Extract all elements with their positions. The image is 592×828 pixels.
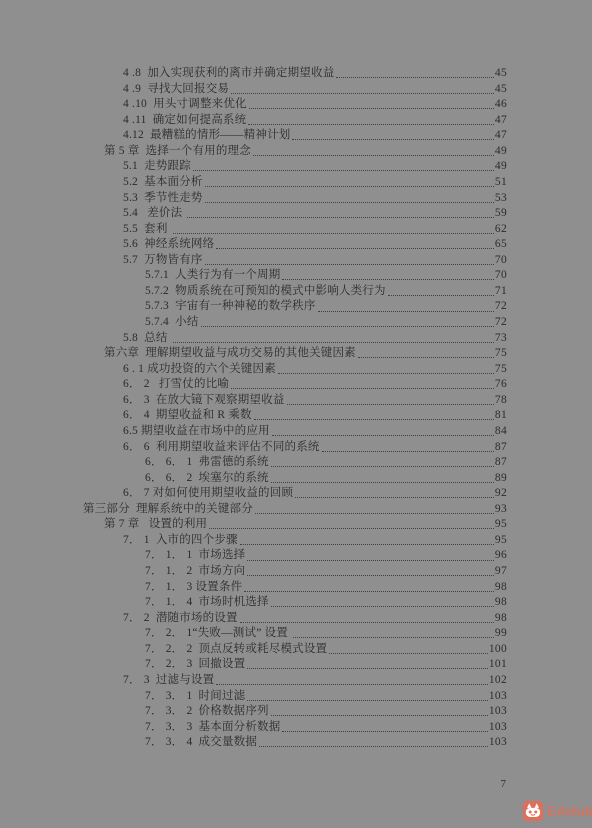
toc-entry-page: 70 xyxy=(495,268,507,284)
dot-leader xyxy=(205,202,494,203)
toc-entry-page: 84 xyxy=(495,424,507,440)
toc-entry-title: 6.5 期望收益在市场中的应用 xyxy=(123,424,270,440)
toc-entry-page: 98 xyxy=(495,595,507,611)
toc-entry-title: 7． 1． 2 市场方向 xyxy=(145,564,245,580)
toc-entry-page: 89 xyxy=(495,471,507,487)
toc-entry-title: 5.7.1 人类行为有一个周期 xyxy=(145,268,280,284)
toc-entry-title: 6 . 1 成功投资的六个关键因素 xyxy=(123,362,276,378)
toc-entry-page: 72 xyxy=(495,299,507,315)
dot-leader xyxy=(249,108,494,109)
toc-entry: 7． 1 入市的四个步骤95 xyxy=(0,533,592,549)
dot-leader xyxy=(216,684,488,685)
dot-leader xyxy=(209,528,494,529)
toc-entry-title: 第三部分 理解系统中的关键部分 xyxy=(83,502,253,518)
dot-leader xyxy=(231,388,494,389)
toc-entry: 7． 3． 2 价格数据序列103 xyxy=(0,704,592,720)
toc-entry: 7． 3． 3 基本面分析数据103 xyxy=(0,720,592,736)
toc-entry-title: 6． 4 期望收益和 R 乘数 xyxy=(123,408,252,424)
dot-leader xyxy=(240,544,494,545)
dot-leader xyxy=(272,435,494,436)
dot-leader xyxy=(253,155,494,156)
toc-entry: 5.7 万物皆有序70 xyxy=(0,253,592,269)
dot-leader xyxy=(318,311,494,312)
toc-entry-title: 4.12 最糟糕的情形——精神计划 xyxy=(123,128,290,144)
toc-entry-page: 45 xyxy=(495,82,507,98)
dot-leader xyxy=(282,279,493,280)
toc-entry: 5.5 套利 62 xyxy=(0,222,592,238)
dot-leader xyxy=(295,497,494,498)
dot-leader xyxy=(247,560,494,561)
table-of-contents: 4 .8 加入实现获利的离市并确定期望收益454 .9 寻找大回报交易454 .… xyxy=(0,66,592,751)
dot-leader xyxy=(271,466,494,467)
toc-entry-page: 46 xyxy=(495,97,507,113)
toc-entry: 6． 2 打雪仗的比喻76 xyxy=(0,377,592,393)
toc-entry-title: 5.7.4 小结 xyxy=(145,315,199,331)
dot-leader xyxy=(187,217,494,218)
toc-entry-title: 4 .11 确定如何提高系统 xyxy=(123,113,246,129)
dot-leader xyxy=(247,700,487,701)
dot-leader xyxy=(240,622,494,623)
toc-entry-page: 87 xyxy=(495,455,507,471)
toc-entry-title: 5.4 差价法 xyxy=(123,206,185,222)
toc-entry-page: 92 xyxy=(495,486,507,502)
dot-leader xyxy=(247,668,487,669)
dot-leader xyxy=(173,342,494,343)
toc-entry-page: 103 xyxy=(489,720,507,736)
toc-entry-title: 5.7.3 宇宙有一种神秘的数学秩序 xyxy=(145,299,316,315)
dot-leader xyxy=(193,170,494,171)
toc-entry: 4 .11 确定如何提高系统47 xyxy=(0,113,592,129)
toc-entry-title: 7． 2． 3 回撤设置 xyxy=(145,657,245,673)
toc-entry: 6． 6 利用期望收益来评估不同的系统87 xyxy=(0,440,592,456)
toc-entry-page: 75 xyxy=(495,362,507,378)
dot-leader xyxy=(244,591,494,592)
watermark-label: EAHub xyxy=(547,804,592,819)
toc-entry-page: 97 xyxy=(495,564,507,580)
toc-entry-title: 7． 3 过滤与设置 xyxy=(123,673,214,689)
toc-entry-page: 101 xyxy=(489,657,507,673)
toc-entry-page: 93 xyxy=(495,502,507,518)
toc-entry-title: 6． 6 利用期望收益来评估不同的系统 xyxy=(123,440,320,456)
toc-entry-page: 49 xyxy=(495,144,507,160)
dot-leader xyxy=(247,575,494,576)
toc-entry-title: 4 .8 加入实现获利的离市并确定期望收益 xyxy=(123,66,334,82)
toc-entry: 6． 4 期望收益和 R 乘数81 xyxy=(0,408,592,424)
toc-entry-page: 72 xyxy=(495,315,507,331)
toc-entry: 第六章 理解期望收益与成功交易的其他关键因素75 xyxy=(0,346,592,362)
toc-entry-title: 5.2 基本面分析 xyxy=(123,175,203,191)
toc-entry-page: 49 xyxy=(495,159,507,175)
toc-entry: 7． 3 过滤与设置102 xyxy=(0,673,592,689)
toc-entry-title: 7． 3． 1 时间过滤 xyxy=(145,689,245,705)
toc-entry-title: 第六章 理解期望收益与成功交易的其他关键因素 xyxy=(104,346,356,362)
toc-entry-page: 103 xyxy=(489,735,507,751)
dot-leader xyxy=(278,373,494,374)
dot-leader xyxy=(322,451,494,452)
toc-entry: 6． 7 对如何使用期望收益的回顾92 xyxy=(0,486,592,502)
toc-entry-page: 59 xyxy=(495,206,507,222)
toc-entry-title: 6． 6． 2 埃塞尔的系统 xyxy=(145,471,269,487)
toc-entry: 6． 3 在放大镜下观察期望收益78 xyxy=(0,393,592,409)
toc-entry-page: 62 xyxy=(495,222,507,238)
toc-entry-title: 7． 1． 4 市场时机选择 xyxy=(145,595,269,611)
dot-leader xyxy=(329,653,488,654)
toc-entry: 5.3 季节性走势53 xyxy=(0,191,592,207)
toc-entry: 5.7.1 人类行为有一个周期70 xyxy=(0,268,592,284)
toc-entry: 5.8 总结 73 xyxy=(0,331,592,347)
dot-leader xyxy=(271,606,494,607)
toc-entry-page: 45 xyxy=(495,66,507,82)
toc-entry: 6． 6． 1 弗雷德的系统87 xyxy=(0,455,592,471)
toc-entry-title: 7． 2． 2 顶点反转或耗尽模式设置 xyxy=(145,642,327,658)
toc-entry-page: 81 xyxy=(495,408,507,424)
toc-entry-title: 7． 1 入市的四个步骤 xyxy=(123,533,238,549)
toc-entry: 5.7.2 物质系统在可预知的模式中影响人类行为71 xyxy=(0,284,592,300)
toc-entry-page: 51 xyxy=(495,175,507,191)
toc-entry-title: 5.1 走势跟踪 xyxy=(123,159,191,175)
toc-entry: 5.7.4 小结72 xyxy=(0,315,592,331)
toc-entry-title: 5.8 总结 xyxy=(123,331,171,347)
toc-entry: 7． 3． 4 成交量数据103 xyxy=(0,735,592,751)
dot-leader xyxy=(292,139,493,140)
dot-leader xyxy=(255,513,494,514)
toc-entry: 7． 1． 3 设置条件98 xyxy=(0,580,592,596)
toc-entry: 4 .8 加入实现获利的离市并确定期望收益45 xyxy=(0,66,592,82)
toc-entry-page: 73 xyxy=(495,331,507,347)
robot-icon xyxy=(523,801,543,821)
toc-entry: 第 7 章 设置的利用95 xyxy=(0,517,592,533)
toc-entry: 5.2 基本面分析51 xyxy=(0,175,592,191)
toc-entry-page: 99 xyxy=(495,626,507,642)
toc-entry: 6 . 1 成功投资的六个关键因素75 xyxy=(0,362,592,378)
toc-entry-title: 4 .10 用头寸调整来优化 xyxy=(123,97,247,113)
toc-entry-page: 87 xyxy=(495,440,507,456)
dot-leader xyxy=(231,93,494,94)
toc-entry-page: 103 xyxy=(489,689,507,705)
toc-entry: 第三部分 理解系统中的关键部分93 xyxy=(0,502,592,518)
toc-entry-page: 95 xyxy=(495,517,507,533)
dot-leader xyxy=(358,357,494,358)
toc-entry: 6． 6． 2 埃塞尔的系统89 xyxy=(0,471,592,487)
toc-entry-page: 76 xyxy=(495,377,507,393)
dot-leader xyxy=(282,731,487,732)
toc-entry-title: 第 5 章 选择一个有用的理念 xyxy=(104,144,251,160)
toc-entry-page: 71 xyxy=(495,284,507,300)
eahub-watermark: EAHub xyxy=(523,801,592,821)
toc-entry-title: 4 .9 寻找大回报交易 xyxy=(123,82,229,98)
dot-leader xyxy=(254,419,494,420)
toc-entry-title: 7． 2 潜随市场的设置 xyxy=(123,611,238,627)
toc-entry-title: 7． 1． 1 市场选择 xyxy=(145,548,245,564)
toc-entry: 4 .9 寻找大回报交易45 xyxy=(0,82,592,98)
toc-entry: 第 5 章 选择一个有用的理念49 xyxy=(0,144,592,160)
toc-entry: 4.12 最糟糕的情形——精神计划47 xyxy=(0,128,592,144)
dot-leader xyxy=(216,248,494,249)
toc-entry-title: 第 7 章 设置的利用 xyxy=(104,517,207,533)
toc-entry-page: 103 xyxy=(489,704,507,720)
toc-entry-page: 98 xyxy=(495,611,507,627)
dot-leader xyxy=(173,233,494,234)
toc-entry-title: 6． 6． 1 弗雷德的系统 xyxy=(145,455,269,471)
toc-entry-title: 5.5 套利 xyxy=(123,222,171,238)
toc-entry: 7． 1． 2 市场方向97 xyxy=(0,564,592,580)
toc-entry-title: 6． 3 在放大镜下观察期望收益 xyxy=(123,393,285,409)
toc-entry: 5.1 走势跟踪49 xyxy=(0,159,592,175)
toc-entry-page: 53 xyxy=(495,191,507,207)
dot-leader xyxy=(259,746,488,747)
toc-entry-page: 96 xyxy=(495,548,507,564)
toc-entry-page: 47 xyxy=(495,113,507,129)
toc-entry: 7． 1． 1 市场选择96 xyxy=(0,548,592,564)
toc-entry-page: 65 xyxy=(495,237,507,253)
toc-entry-title: 7． 3． 4 成交量数据 xyxy=(145,735,257,751)
dot-leader xyxy=(248,124,494,125)
dot-leader xyxy=(287,404,494,405)
toc-entry: 7． 2． 1“失败—测试” 设置 99 xyxy=(0,626,592,642)
toc-entry-title: 5.7 万物皆有序 xyxy=(123,253,203,269)
dot-leader xyxy=(293,637,494,638)
dot-leader xyxy=(271,482,494,483)
dot-leader xyxy=(336,77,493,78)
dot-leader xyxy=(205,264,494,265)
toc-entry-title: 5.7.2 物质系统在可预知的模式中影响人类行为 xyxy=(145,284,386,300)
toc-entry-title: 7． 1． 3 设置条件 xyxy=(145,580,242,596)
toc-entry-page: 102 xyxy=(489,673,507,689)
toc-entry: 7． 1． 4 市场时机选择98 xyxy=(0,595,592,611)
toc-entry: 7． 2． 2 顶点反转或耗尽模式设置100 xyxy=(0,642,592,658)
toc-entry: 5.4 差价法 59 xyxy=(0,206,592,222)
toc-entry-page: 75 xyxy=(495,346,507,362)
toc-entry-page: 100 xyxy=(489,642,507,658)
toc-entry-page: 95 xyxy=(495,533,507,549)
toc-entry-page: 47 xyxy=(495,128,507,144)
toc-entry: 5.6 神经系统网络65 xyxy=(0,237,592,253)
toc-entry-title: 6． 2 打雪仗的比喻 xyxy=(123,377,229,393)
toc-entry-page: 70 xyxy=(495,253,507,269)
dot-leader xyxy=(205,186,494,187)
toc-entry-title: 7． 2． 1“失败—测试” 设置 xyxy=(145,626,291,642)
toc-entry-title: 7． 3． 3 基本面分析数据 xyxy=(145,720,280,736)
toc-entry: 5.7.3 宇宙有一种神秘的数学秩序72 xyxy=(0,299,592,315)
toc-entry: 7． 3． 1 时间过滤103 xyxy=(0,689,592,705)
toc-entry: 6.5 期望收益在市场中的应用84 xyxy=(0,424,592,440)
toc-entry-page: 78 xyxy=(495,393,507,409)
page-number: 7 xyxy=(501,778,507,790)
toc-entry-title: 7． 3． 2 价格数据序列 xyxy=(145,704,269,720)
toc-entry-page: 98 xyxy=(495,580,507,596)
toc-entry: 7． 2 潜随市场的设置98 xyxy=(0,611,592,627)
dot-leader xyxy=(388,295,494,296)
toc-entry: 4 .10 用头寸调整来优化46 xyxy=(0,97,592,113)
toc-entry-title: 6． 7 对如何使用期望收益的回顾 xyxy=(123,486,293,502)
dot-leader xyxy=(201,326,494,327)
dot-leader xyxy=(271,715,488,716)
toc-entry-title: 5.3 季节性走势 xyxy=(123,191,203,207)
toc-entry: 7． 2． 3 回撤设置101 xyxy=(0,657,592,673)
toc-entry-title: 5.6 神经系统网络 xyxy=(123,237,214,253)
